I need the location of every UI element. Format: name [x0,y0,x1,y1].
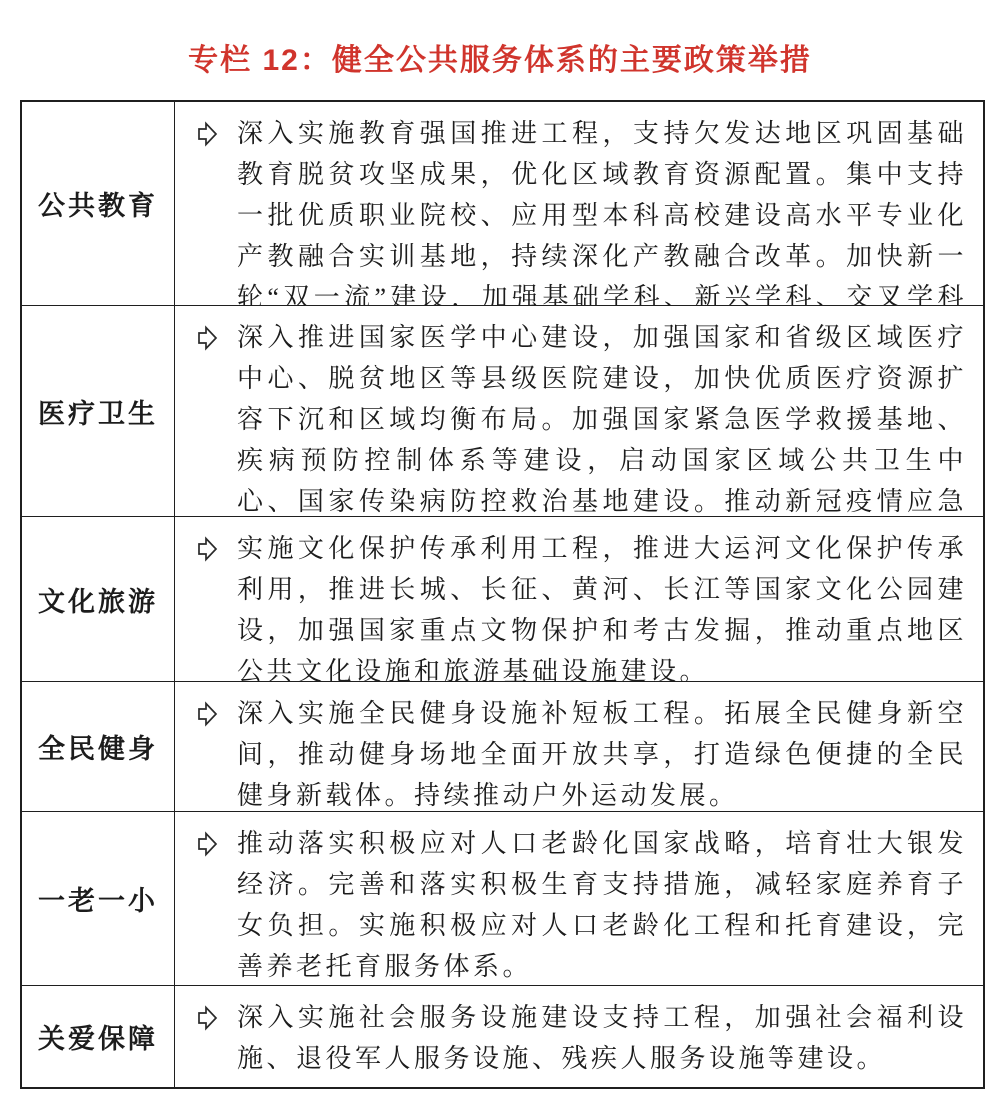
content-cell: 深入实施全民健身设施补短板工程。拓展全民健身新空间，推动健身场地全面开放共享，打… [175,682,983,811]
category-cell: 关爱保障 [22,986,175,1087]
hollow-right-arrow-icon [196,701,218,727]
category-label: 一老一小 [38,879,158,918]
content-cell: 深入实施教育强国推进工程，支持欠发达地区巩固基础教育脱贫攻坚成果，优化区域教育资… [175,102,983,305]
content-cell: 推动落实积极应对人口老龄化国家战略，培育壮大银发经济。完善和落实积极生育支持措施… [175,812,983,985]
policy-text: 推动落实积极应对人口老龄化国家战略，培育壮大银发经济。完善和落实积极生育支持措施… [237,823,967,985]
page-title: 专栏 12：健全公共服务体系的主要政策举措 [0,42,1000,80]
category-label: 公共教育 [38,184,158,223]
table-row: 全民健身 深入实施全民健身设施补短板工程。拓展全民健身新空间，推动健身场地全面开… [22,681,983,811]
hollow-right-arrow-icon [196,121,218,147]
table-row: 一老一小 推动落实积极应对人口老龄化国家战略，培育壮大银发经济。完善和落实积极生… [22,811,983,985]
policy-text: 实施文化保护传承利用工程，推进大运河文化保护传承利用，推进长城、长征、黄河、长江… [237,528,967,681]
policy-text: 深入实施教育强国推进工程，支持欠发达地区巩固基础教育脱贫攻坚成果，优化区域教育资… [237,113,967,305]
policy-text: 深入推进国家医学中心建设，加强国家和省级区域医疗中心、脱贫地区等县级医院建设，加… [237,317,967,516]
category-cell: 一老一小 [22,812,175,985]
content-cell: 深入推进国家医学中心建设，加强国家和省级区域医疗中心、脱贫地区等县级医院建设，加… [175,306,983,516]
category-cell: 文化旅游 [22,517,175,681]
hollow-right-arrow-icon [196,1005,218,1031]
policy-text: 深入实施全民健身设施补短板工程。拓展全民健身新空间，推动健身场地全面开放共享，打… [237,693,967,811]
table-row: 关爱保障 深入实施社会服务设施建设支持工程，加强社会福利设施、退役军人服务设施、… [22,985,983,1087]
table-row: 医疗卫生 深入推进国家医学中心建设，加强国家和省级区域医疗中心、脱贫地区等县级医… [22,305,983,516]
content-cell: 实施文化保护传承利用工程，推进大运河文化保护传承利用，推进长城、长征、黄河、长江… [175,517,983,681]
policy-table: 公共教育 深入实施教育强国推进工程，支持欠发达地区巩固基础教育脱贫攻坚成果，优化… [20,100,985,1089]
category-cell: 医疗卫生 [22,306,175,516]
content-cell: 深入实施社会服务设施建设支持工程，加强社会福利设施、退役军人服务设施、残疾人服务… [175,986,983,1087]
table-row: 公共教育 深入实施教育强国推进工程，支持欠发达地区巩固基础教育脱贫攻坚成果，优化… [22,102,983,305]
category-label: 全民健身 [38,727,158,766]
category-label: 医疗卫生 [38,392,158,431]
table-row: 文化旅游 实施文化保护传承利用工程，推进大运河文化保护传承利用，推进长城、长征、… [22,516,983,681]
hollow-right-arrow-icon [196,325,218,351]
category-cell: 全民健身 [22,682,175,811]
hollow-right-arrow-icon [196,831,218,857]
policy-text: 深入实施社会服务设施建设支持工程，加强社会福利设施、退役军人服务设施、残疾人服务… [237,997,967,1079]
hollow-right-arrow-icon [196,536,218,562]
category-cell: 公共教育 [22,102,175,305]
category-label: 关爱保障 [38,1017,158,1056]
category-label: 文化旅游 [38,580,158,619]
